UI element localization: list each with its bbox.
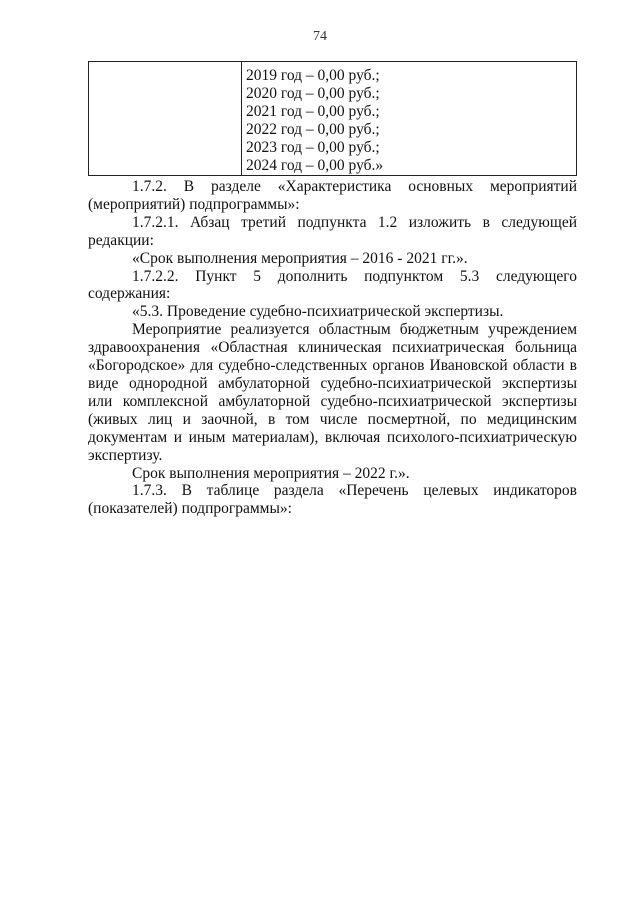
table-cell-funding-years: 2019 год – 0,00 руб.; 2020 год – 0,00 ру… [246,67,383,174]
paragraph-description: Мероприятие реализуется областным бюджет… [88,321,577,464]
funding-line: 2023 год – 0,00 руб.; [246,139,383,157]
funding-line: 2024 год – 0,00 руб.» [246,157,383,175]
paragraph-term-2022: Срок выполнения мероприятия – 2022 г.». [88,465,577,483]
document-body: 1.7.2. В разделе «Характеристика основны… [88,178,577,518]
paragraph-1-7-2-1-line1: 1.7.2.1. Абзац третий подпункта 1.2 изло… [88,214,577,232]
paragraph-1-7-3-line2: (показателей) подпрограммы»: [88,500,577,518]
paragraph-1-7-2-1-line2: редакции: [88,232,577,250]
paragraph-1-7-3-line1: 1.7.3. В таблице раздела «Перечень целев… [88,482,577,500]
funding-table: 2019 год – 0,00 руб.; 2020 год – 0,00 ру… [88,61,577,176]
page-number: 74 [0,29,640,45]
table-column-divider [241,62,242,175]
funding-line: 2019 год – 0,00 руб.; [246,67,383,85]
paragraph-1-7-2-2: 1.7.2.2. Пункт 5 дополнить подпунктом 5.… [88,268,577,304]
paragraph-1-7-2-line1: 1.7.2. В разделе «Характеристика основны… [88,178,577,196]
paragraph-5-3: «5.3. Проведение судебно-психиатрической… [88,303,577,321]
paragraph-1-7-2-line2: (мероприятий) подпрограммы»: [88,196,577,214]
funding-line: 2021 год – 0,00 руб.; [246,103,383,121]
funding-line: 2022 год – 0,00 руб.; [246,121,383,139]
funding-line: 2020 год – 0,00 руб.; [246,85,383,103]
paragraph-term-2016-2021: «Срок выполнения мероприятия – 2016 - 20… [88,250,577,268]
